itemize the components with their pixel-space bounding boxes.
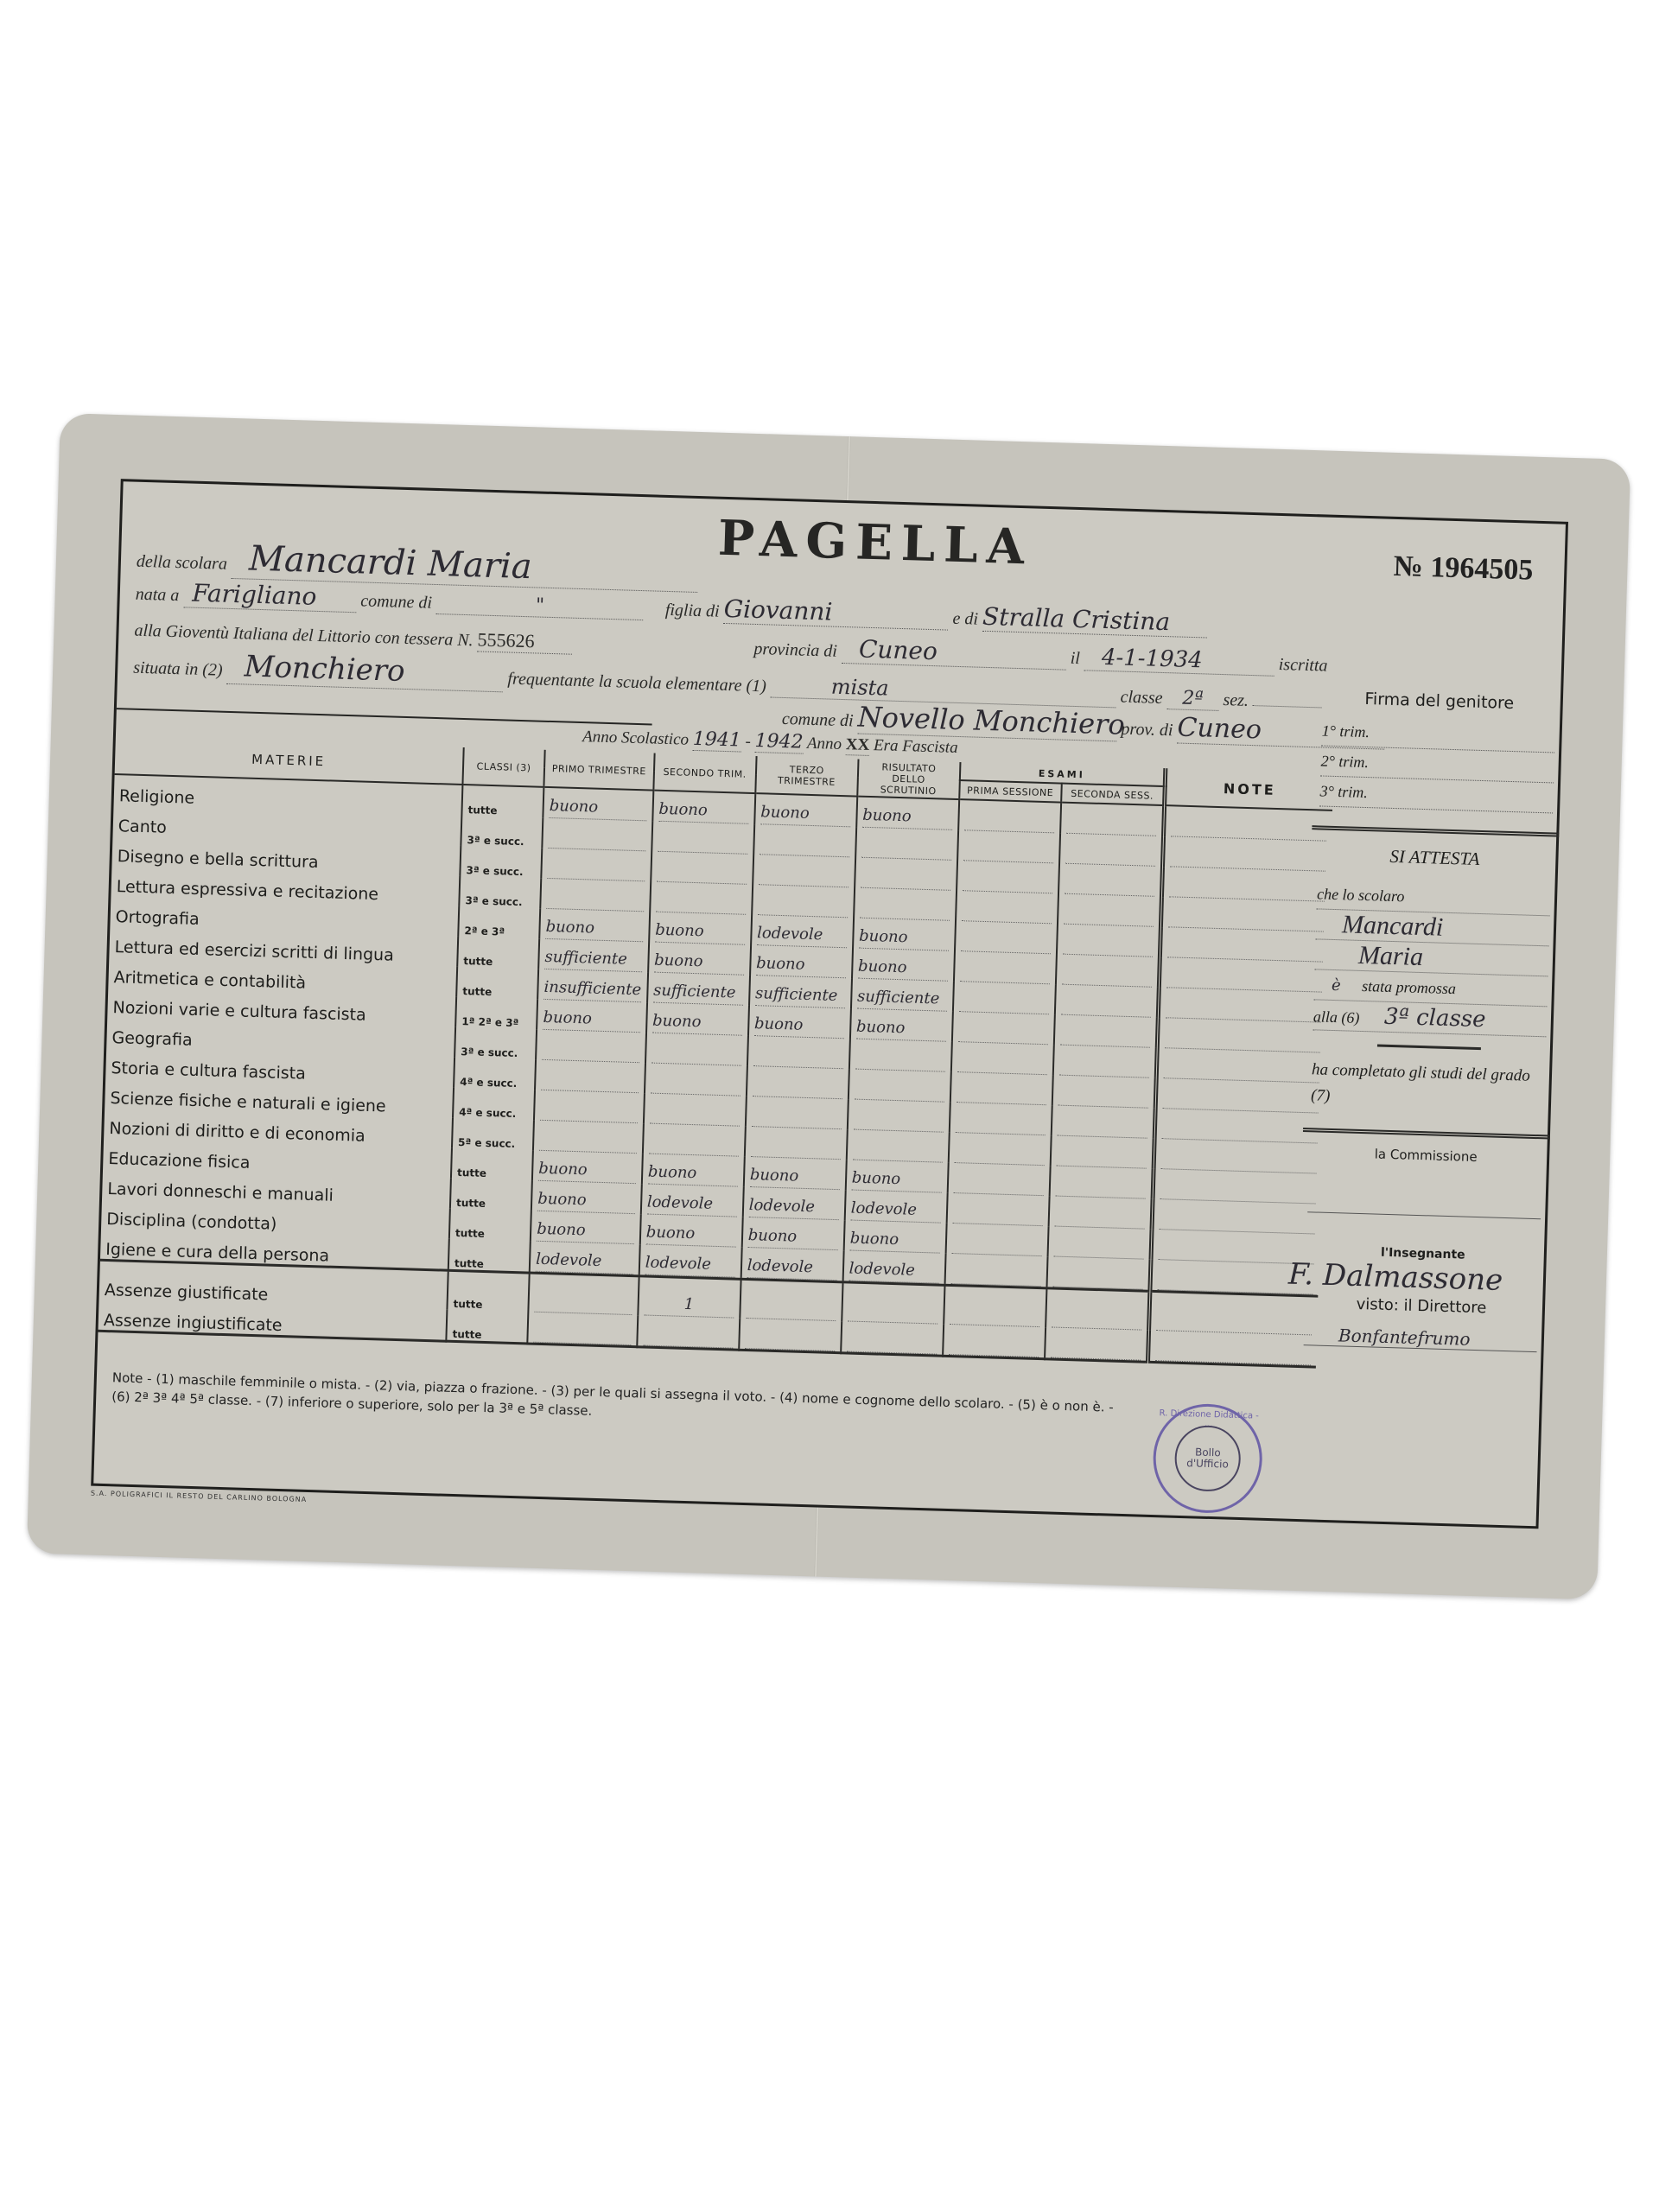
mother-name: Stralla Cristina xyxy=(982,602,1208,639)
commissione-label: la Commissione xyxy=(1309,1144,1542,1166)
col-risultato: RISULTATO DELLO SCRUTINIO xyxy=(857,760,960,799)
si-attesta-title: SI ATTESTA xyxy=(1318,843,1552,872)
insegnante-signature: F. Dalmassone xyxy=(1287,1257,1539,1300)
provincia: Cuneo xyxy=(841,634,1066,671)
birth-date: 4-1-1934 xyxy=(1084,644,1274,677)
col-terzo: TERZO TRIMESTRE xyxy=(755,756,858,796)
firma-genitore-title: Firma del genitore xyxy=(1323,688,1557,714)
printer-credit: S.A. POLIGRAFICI IL RESTO DEL CARLINO BO… xyxy=(91,1490,308,1503)
header-divider xyxy=(117,708,652,725)
side-panel: Firma del genitore 1° trim. 2° trim. 3° … xyxy=(1304,672,1557,1352)
comune-value: " xyxy=(436,592,645,620)
footnotes: Note - (1) maschile femminile o mista. -… xyxy=(111,1368,1114,1435)
classe-value: 2ª xyxy=(1166,687,1219,711)
col-classi: CLASSI (3) xyxy=(462,747,544,787)
document-number: № 1964505 xyxy=(1393,550,1534,588)
birthplace: Farigliano xyxy=(183,578,357,613)
sez-value xyxy=(1253,705,1322,708)
report-card-paper: PAGELLA № 1964505 della scolara Mancardi… xyxy=(27,413,1630,1599)
col-note: NOTE xyxy=(1164,768,1333,810)
col-primo: PRIMO TRIMESTRE xyxy=(543,750,654,791)
father-name: Giovanni xyxy=(723,594,949,631)
completato-grado: ha completato gli studi del grado (7) xyxy=(1311,1057,1546,1116)
alla-classe: alla (6) 3ª classe xyxy=(1313,1000,1547,1037)
document-title: PAGELLA xyxy=(717,510,1033,576)
document-frame: PAGELLA № 1964505 della scolara Mancardi… xyxy=(91,479,1568,1529)
tessera-number: 555626 xyxy=(477,628,573,654)
direttore-signature: Bonfantefrumo xyxy=(1304,1324,1538,1352)
grades-table: MATERIE CLASSI (3) PRIMO TRIMESTRE SECON… xyxy=(98,737,1332,1369)
stamp-center: Bollo d'Ufficio xyxy=(1174,1425,1242,1492)
office-stamp: R. Direzione Didattica - ... Bollo d'Uff… xyxy=(1152,1402,1264,1515)
col-secondo: SECONDO TRIM. xyxy=(653,753,756,793)
firma-trim-3: 3° trim. xyxy=(1319,776,1554,813)
situata-value: Monchiero xyxy=(226,649,504,692)
